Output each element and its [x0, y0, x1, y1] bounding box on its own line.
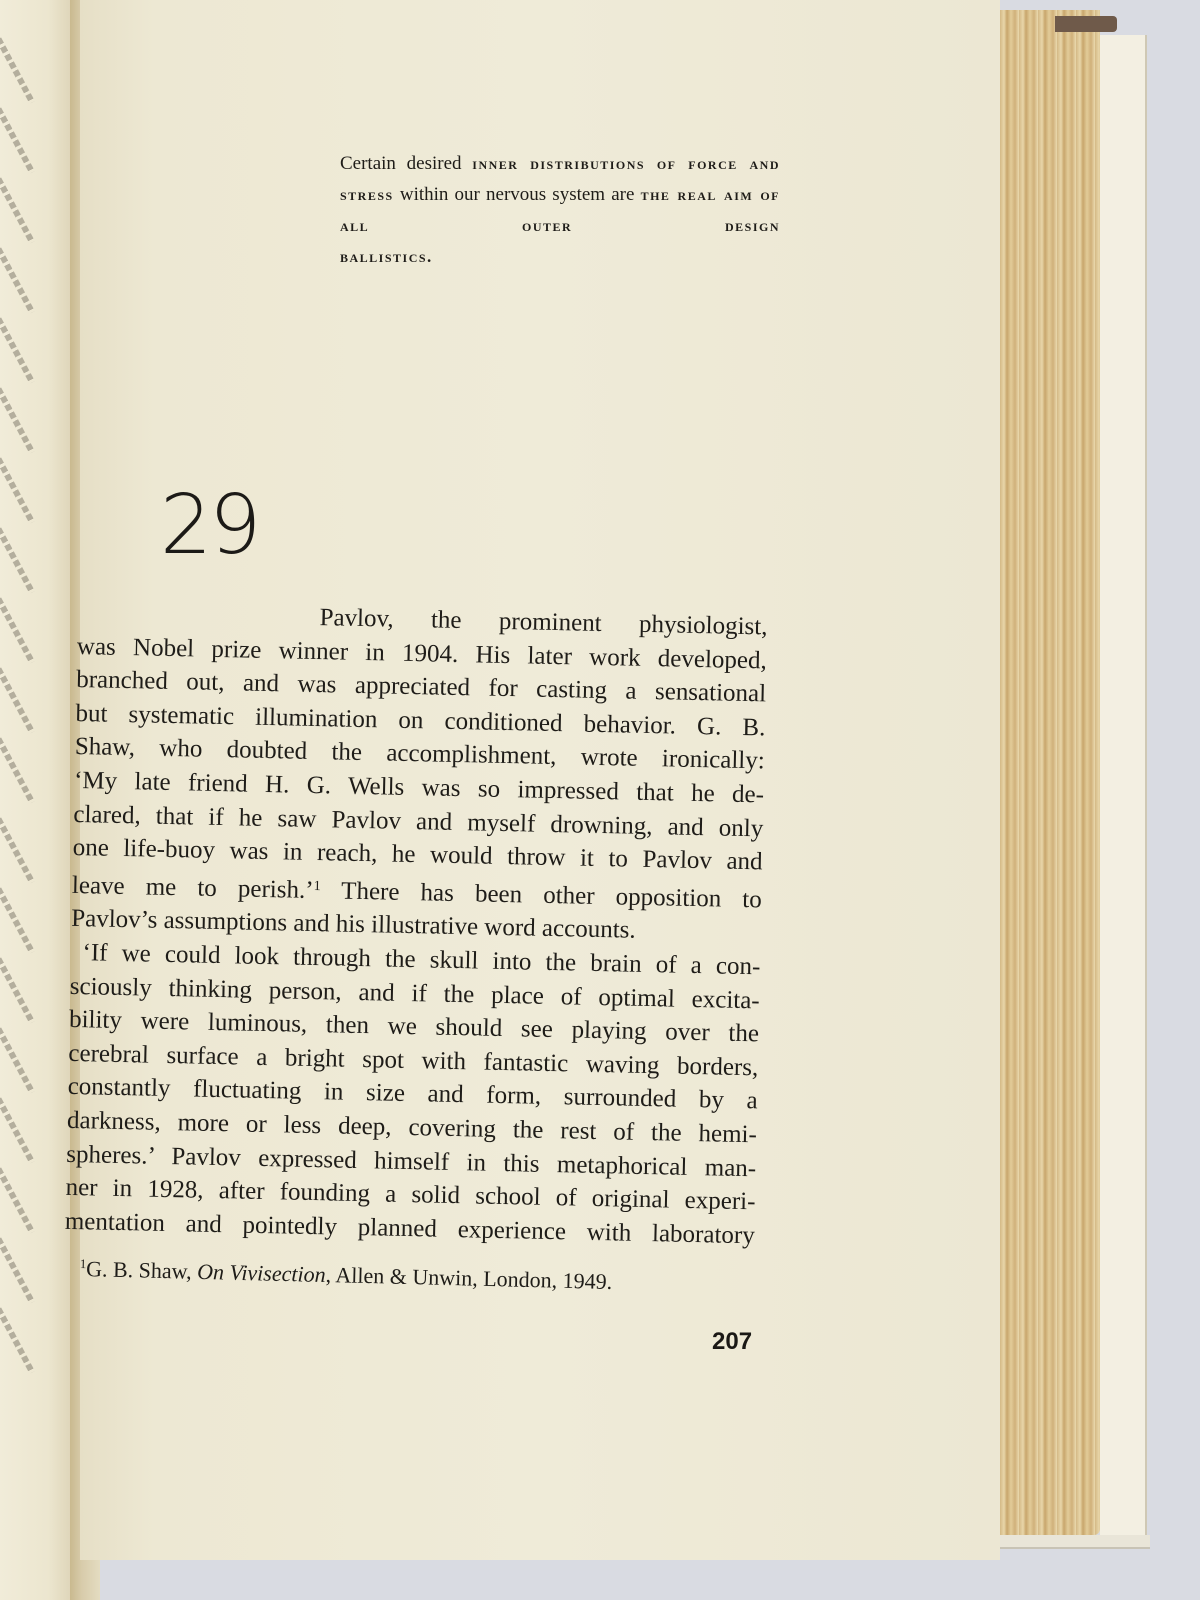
sidenote-small-caps: ballistics. — [340, 241, 780, 272]
text-fragment: leave me to perish.’ — [72, 872, 314, 904]
sidenote-text: Certain desired — [340, 153, 472, 174]
left-facing-page — [0, 0, 80, 1600]
book-cover-bottom — [990, 1535, 1150, 1549]
text-fragment: There has been other opposition to — [320, 877, 762, 913]
marginal-sidenote: Certain desired inner distributions of f… — [340, 148, 780, 272]
body-paragraphs: Pavlov, the prominent physiologist, was … — [65, 596, 768, 1253]
page-edges — [1000, 10, 1100, 1535]
footnote-title: On Vivisection — [197, 1259, 326, 1287]
book-cover-top — [1055, 16, 1117, 32]
book-endpaper — [1100, 35, 1147, 1535]
sidenote-text: within our nervous system are — [394, 184, 641, 205]
chapter-number: 29 — [160, 478, 258, 573]
footnote-author: G. B. Shaw, — [86, 1256, 198, 1284]
page-number: 207 — [712, 1328, 752, 1356]
